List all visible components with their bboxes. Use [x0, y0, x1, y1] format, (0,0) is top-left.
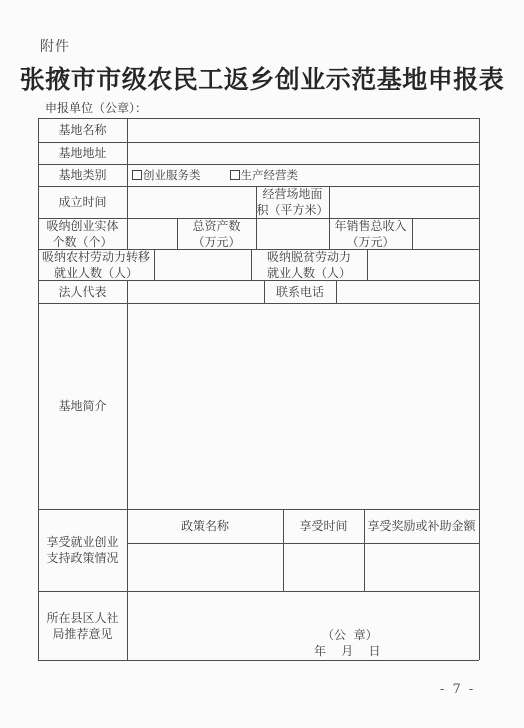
poverty-labor-field[interactable] [368, 250, 479, 280]
policy-name-field[interactable] [128, 544, 283, 591]
policy-col-time-header: 享受时间 [283, 509, 364, 543]
established-date-field[interactable] [128, 187, 256, 218]
site-area-field[interactable] [330, 187, 479, 218]
checkbox-icon[interactable] [230, 170, 240, 180]
contact-phone-field[interactable] [337, 281, 479, 303]
base-intro-label: 基地简介 [38, 303, 127, 509]
base-name-label: 基地名称 [38, 118, 127, 142]
checkbox-label: 创业服务类 [143, 167, 201, 183]
county-recommendation-label: 所在县区人社 局推荐意见 [38, 591, 127, 660]
policy-col-name-header: 政策名称 [127, 509, 283, 543]
total-assets-field[interactable] [257, 219, 329, 249]
total-assets-label: 总资产数 （万元） [177, 218, 256, 249]
page-title: 张掖市市级农民工返乡创业示范基地申报表 [0, 60, 524, 96]
base-category-label: 基地类别 [38, 164, 127, 186]
policy-time-field[interactable] [284, 544, 364, 591]
entities-absorbed-label: 吸纳创业实体 个数（个） [38, 218, 127, 249]
rural-labor-label: 吸纳农村劳动力转移 就业人数（人） [38, 249, 154, 280]
policy-col-amount-header: 享受奖励或补助金额 [364, 509, 479, 543]
attachment-label: 附件 [40, 36, 70, 56]
county-recommendation-field[interactable] [128, 592, 479, 660]
applicant-unit-label: 申报单位（公章）： [45, 99, 147, 116]
entities-absorbed-field[interactable] [128, 219, 177, 249]
policy-amount-field[interactable] [365, 544, 479, 591]
annual-sales-field[interactable] [413, 219, 479, 249]
legal-rep-label: 法人代表 [38, 280, 127, 303]
policy-support-label: 享受就业创业 支持政策情况 [38, 509, 127, 591]
poverty-labor-label: 吸纳脱贫劳动力 就业人数（人） [251, 249, 367, 280]
page-number: - 7 - [440, 682, 475, 697]
checkbox-icon[interactable] [132, 170, 142, 180]
annual-sales-label: 年销售总收入 （万元） [329, 218, 412, 249]
table-border-bottom [38, 660, 479, 661]
base-name-field[interactable] [128, 119, 479, 142]
base-address-field[interactable] [128, 143, 479, 164]
legal-rep-field[interactable] [128, 281, 264, 303]
contact-phone-label: 联系电话 [264, 280, 336, 303]
checkbox-entrepreneurship-service[interactable]: 创业服务类 [132, 167, 201, 183]
checkbox-label: 生产经营类 [241, 167, 299, 183]
checkbox-production-operation[interactable]: 生产经营类 [230, 167, 299, 183]
base-category-options: 创业服务类 生产经营类 [132, 164, 472, 186]
rural-labor-field[interactable] [155, 250, 251, 280]
established-date-label: 成立时间 [38, 186, 127, 218]
base-address-label: 基地地址 [38, 142, 127, 164]
table-border-right [479, 118, 480, 660]
date-placeholder: 年 月 日 [314, 642, 381, 659]
seal-placeholder: （公 章） [322, 626, 378, 643]
site-area-label: 经营场地面 积（平方米） [256, 186, 329, 218]
base-intro-textarea[interactable] [128, 304, 479, 509]
